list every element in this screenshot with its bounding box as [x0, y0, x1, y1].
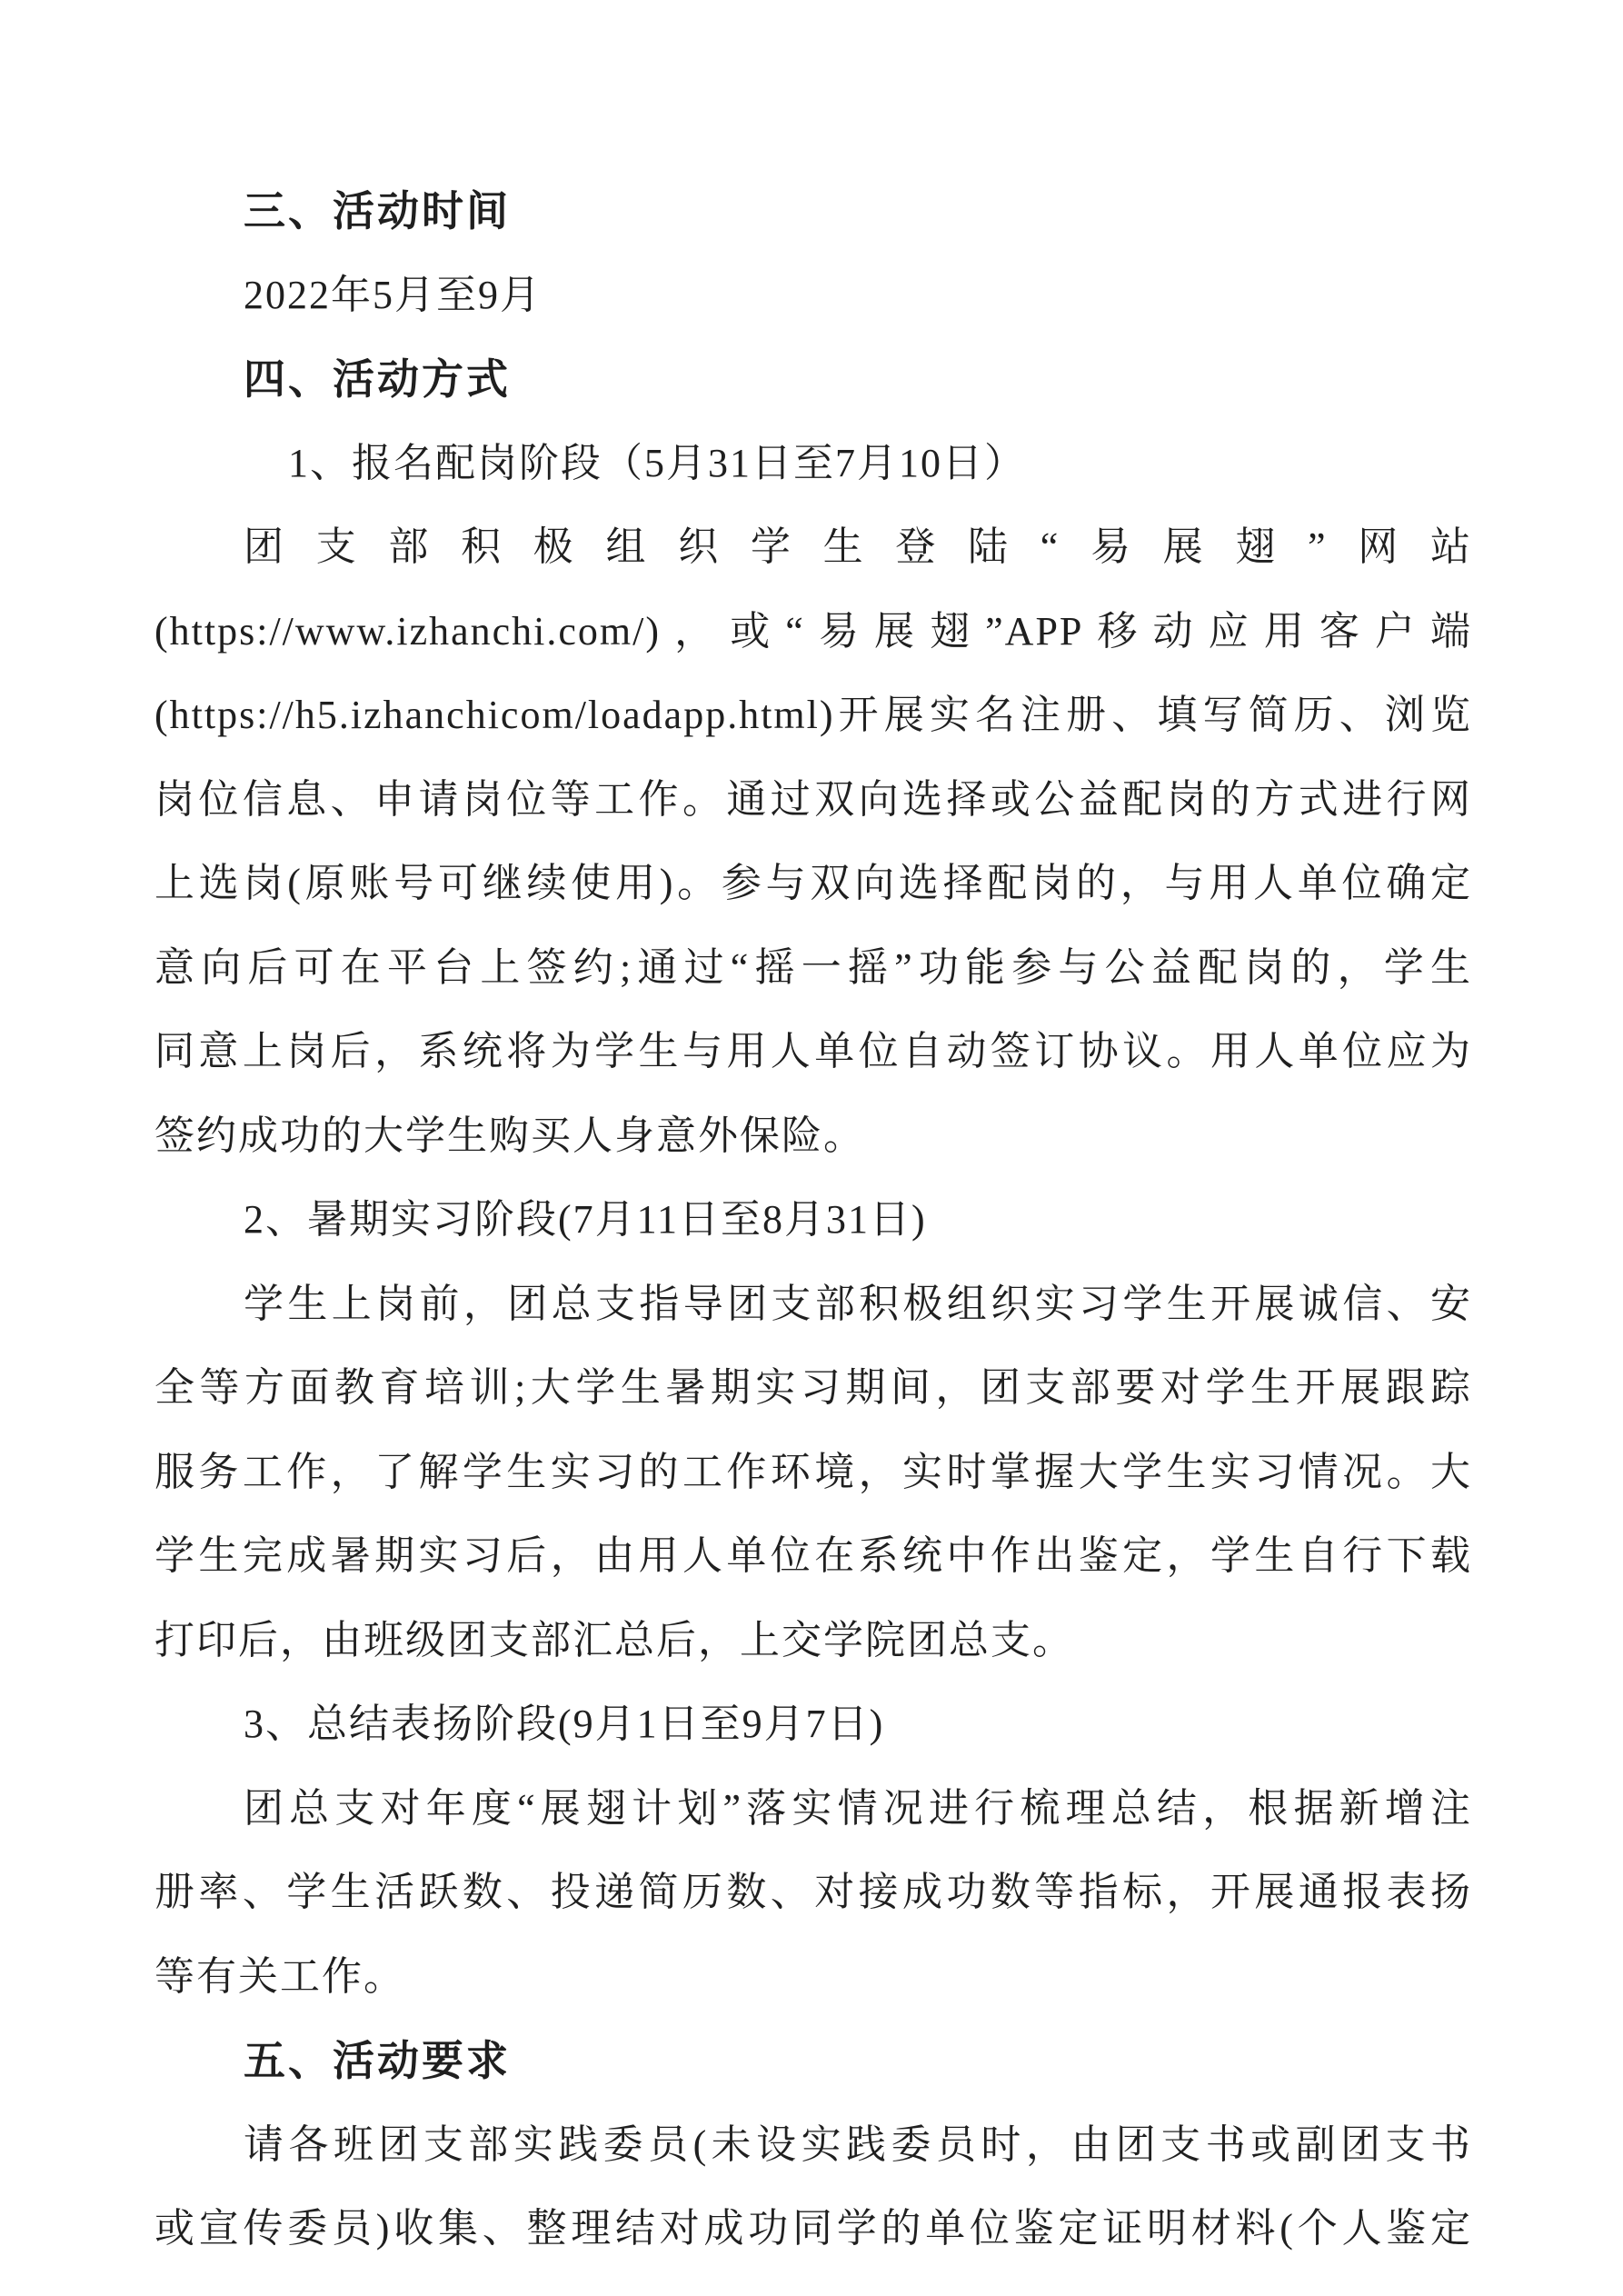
text-line: 团支部积极组织学生登陆“易展翅”网站: [154, 505, 1472, 590]
text-line: 同意上岗后，系统将为学生与用人单位自动签订协议。用人单位应为: [154, 1010, 1472, 1094]
text-line: 3、总结表扬阶段(9月1日至9月7日): [154, 1682, 1472, 1767]
item-2-internship-stage: 2、暑期实习阶段(7月11日至8月31日): [154, 1178, 1472, 1263]
text-line: 上选岗(原账号可继续使用)。参与双向选择配岗的，与用人单位确定: [154, 842, 1472, 926]
text-line: (https://www.izhanchi.com/)，或“易展翅”APP移动应…: [154, 590, 1472, 674]
text-line: 学生上岗前，团总支指导团支部积极组织实习学生开展诚信、安: [154, 1263, 1472, 1347]
text-line: 岗位信息、申请岗位等工作。通过双向选择或公益配岗的方式进行网: [154, 758, 1472, 843]
text-line: 四、活动方式: [154, 337, 1472, 422]
item-3-summary-stage: 3、总结表扬阶段(9月1日至9月7日): [154, 1682, 1472, 1767]
heading-activity-method: 四、活动方式: [154, 337, 1472, 422]
text-line: 1、报名配岗阶段（5月31日至7月10日）: [154, 422, 1472, 506]
heading-activity-requirements: 五、活动要求: [154, 2019, 1472, 2103]
text-line: 服务工作，了解学生实习的工作环境，实时掌握大学生实习情况。大: [154, 1431, 1472, 1515]
document-body: 三、活动时间2022年5月至9月四、活动方式1、报名配岗阶段（5月31日至7月1…: [154, 169, 1472, 2271]
text-line: 2、暑期实习阶段(7月11日至8月31日): [154, 1178, 1472, 1263]
paragraph-internship-stage-detail: 学生上岗前，团总支指导团支部积极组织实习学生开展诚信、安全等方面教育培训;大学生…: [154, 1263, 1472, 1683]
text-line: 团总支对年度“展翅计划”落实情况进行梳理总结，根据新增注: [154, 1767, 1472, 1852]
paragraph-signup-stage-detail: 团支部积极组织学生登陆“易展翅”网站(https://www.izhanchi.…: [154, 505, 1472, 1178]
text-line: 打印后，由班级团支部汇总后，上交学院团总支。: [154, 1599, 1472, 1683]
text-line: 等有关工作。: [154, 1935, 1472, 2020]
text-line: 五、活动要求: [154, 2019, 1472, 2103]
paragraph-requirements-detail: 请各班团支部实践委员(未设实践委员时，由团支书或副团支书或宣传委员)收集、整理结…: [154, 2103, 1472, 2271]
text-line: 全等方面教育培训;大学生暑期实习期间，团支部要对学生开展跟踪: [154, 1346, 1472, 1431]
text-line: 签约成功的大学生购买人身意外保险。: [154, 1094, 1472, 1179]
text-line: 学生完成暑期实习后，由用人单位在系统中作出鉴定，学生自行下载: [154, 1514, 1472, 1599]
paragraph-summary-stage-detail: 团总支对年度“展翅计划”落实情况进行梳理总结，根据新增注册率、学生活跃数、投递简…: [154, 1767, 1472, 2020]
text-line: 请各班团支部实践委员(未设实践委员时，由团支书或副团支书: [154, 2103, 1472, 2188]
text-line: 三、活动时间: [154, 169, 1472, 254]
text-line: (https://h5.izhanchicom/loadapp.html)开展实…: [154, 674, 1472, 758]
document-page: 三、活动时间2022年5月至9月四、活动方式1、报名配岗阶段（5月31日至7月1…: [0, 0, 1623, 2296]
text-line: 2022年5月至9月: [154, 254, 1472, 338]
text-line: 或宣传委员)收集、整理结对成功同学的单位鉴定证明材料(个人鉴定: [154, 2187, 1472, 2271]
text-line: 意向后可在平台上签约;通过“摇一摇”功能参与公益配岗的，学生: [154, 926, 1472, 1011]
heading-activity-time: 三、活动时间: [154, 169, 1472, 254]
activity-time-value: 2022年5月至9月: [154, 254, 1472, 338]
item-1-signup-stage: 1、报名配岗阶段（5月31日至7月10日）: [154, 422, 1472, 506]
text-line: 册率、学生活跃数、投递简历数、对接成功数等指标，开展通报表扬: [154, 1851, 1472, 1935]
